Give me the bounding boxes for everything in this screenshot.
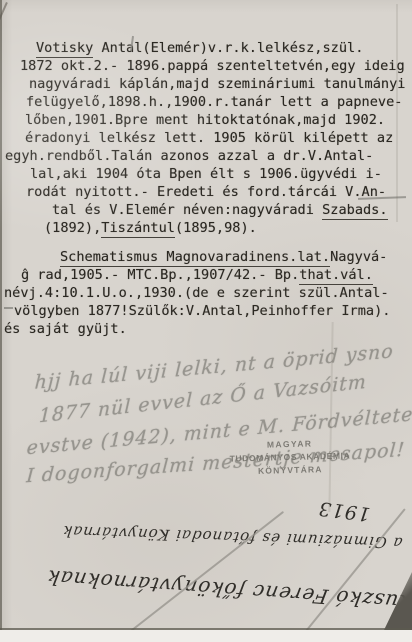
typed-text: Antal(Elemér)v.r.k.lelkész,szül.	[93, 40, 363, 56]
pencil-dash-mark	[4, 307, 13, 309]
typed-text: (1892),	[44, 220, 101, 236]
typed-text: felügyelő,1898.h.,1900.r.tanár lett a pa…	[26, 94, 402, 110]
typed-line: Schematismus Magnovaradinens.lat.Nagyvá-	[60, 250, 387, 265]
ink-note-line: Kuszkó Ferenc főkönyvtárnoknak	[44, 565, 412, 614]
catalog-card: Votisky Antal(Elemér)v.r.k.lelkész,szül.…	[0, 0, 412, 630]
typed-text: egyh.rendből.Talán azonos azzal a dr.V.A…	[5, 148, 373, 164]
typed-line: rodát nyitott.- Eredeti és ford.tárcái V…	[26, 185, 386, 200]
library-stamp: MAGYAR TUDOMÁNYOS AKADÉMIA KÖNYVTÁRA	[228, 436, 353, 478]
typed-text: Nagyvá-	[330, 249, 387, 265]
typed-line: egyh.rendből.Talán azonos azzal a dr.V.A…	[5, 149, 373, 164]
typed-text: lőben,1901.Bpre ment hitoktatónak,majd 1…	[25, 112, 385, 128]
typed-line: éradonyi lelkész lett. 1905 körül kilépe…	[25, 131, 393, 146]
typed-text: és saját gyüjt.	[4, 321, 127, 337]
card-left-edge	[0, 0, 2, 630]
typed-line: és saját gyüjt.	[4, 322, 127, 337]
typed-line: lőben,1901.Bpre ment hitoktatónak,majd 1…	[25, 113, 385, 128]
ink-note-year: 1913	[317, 497, 372, 525]
scan-background	[0, 630, 412, 642]
typed-text: ĝ rad,1905.- MTC.Bp.,1907/42.- Bp.	[21, 267, 299, 283]
paper-crease	[396, 4, 398, 222]
typed-line: (1892),Tiszántul(1895,98).	[44, 221, 257, 236]
underlined-text: Votisky	[36, 40, 93, 58]
typed-text: éradonyi lelkész lett. 1905 körül kilépe…	[25, 130, 393, 146]
typed-line: nagyváradi káplán,majd szemináriumi tanu…	[29, 77, 405, 92]
underlined-text: Tiszántul	[101, 220, 175, 238]
typed-text: lal,aki 1904 óta Bpen élt s 1906.ügyvédi…	[30, 166, 382, 182]
underlined-text: that.vál.	[299, 267, 373, 285]
typed-text: tal és V.Elemér néven:nagyváradi	[52, 202, 322, 218]
ink-note-line: a Gimnáziumi és főtanodai Könyvtárnak	[61, 522, 404, 552]
typed-line: Votisky Antal(Elemér)v.r.k.lelkész,szül.	[36, 41, 363, 56]
typed-text: névj.4:10.1.U.o.,1930.(de e szerint szül…	[4, 285, 389, 301]
typed-line: völgyben 1877!Szülők:V.Antal,Peinhoffer …	[14, 304, 390, 319]
typed-line: lal,aki 1904 óta Bpen élt s 1906.ügyvédi…	[30, 167, 382, 182]
typed-text: völgyben 1877!Szülők:V.Antal,Peinhoffer …	[14, 303, 390, 319]
typed-text: 1872 okt.2.- 1896.pappá szenteltetvén,eg…	[20, 58, 405, 74]
underlined-text: Schematismus Magnovaradinens.lat.	[60, 249, 330, 267]
typed-line: névj.4:10.1.U.o.,1930.(de e szerint szül…	[4, 286, 389, 301]
typed-line: 1872 okt.2.- 1896.pappá szenteltetvén,eg…	[20, 59, 405, 74]
typed-text: (1895,98).	[175, 220, 257, 236]
typed-line: felügyelő,1898.h.,1900.r.tanár lett a pa…	[26, 95, 402, 110]
typed-text: rodát nyitott.- Eredeti és ford.tárcái V…	[26, 184, 386, 200]
typed-line: tal és V.Elemér néven:nagyváradi Szabads…	[52, 203, 388, 218]
typed-text: nagyváradi káplán,majd szemináriumi tanu…	[29, 76, 405, 92]
typed-line: ĝ rad,1905.- MTC.Bp.,1907/42.- Bp.that.v…	[21, 268, 373, 283]
underlined-text: Szabads.	[322, 202, 387, 220]
